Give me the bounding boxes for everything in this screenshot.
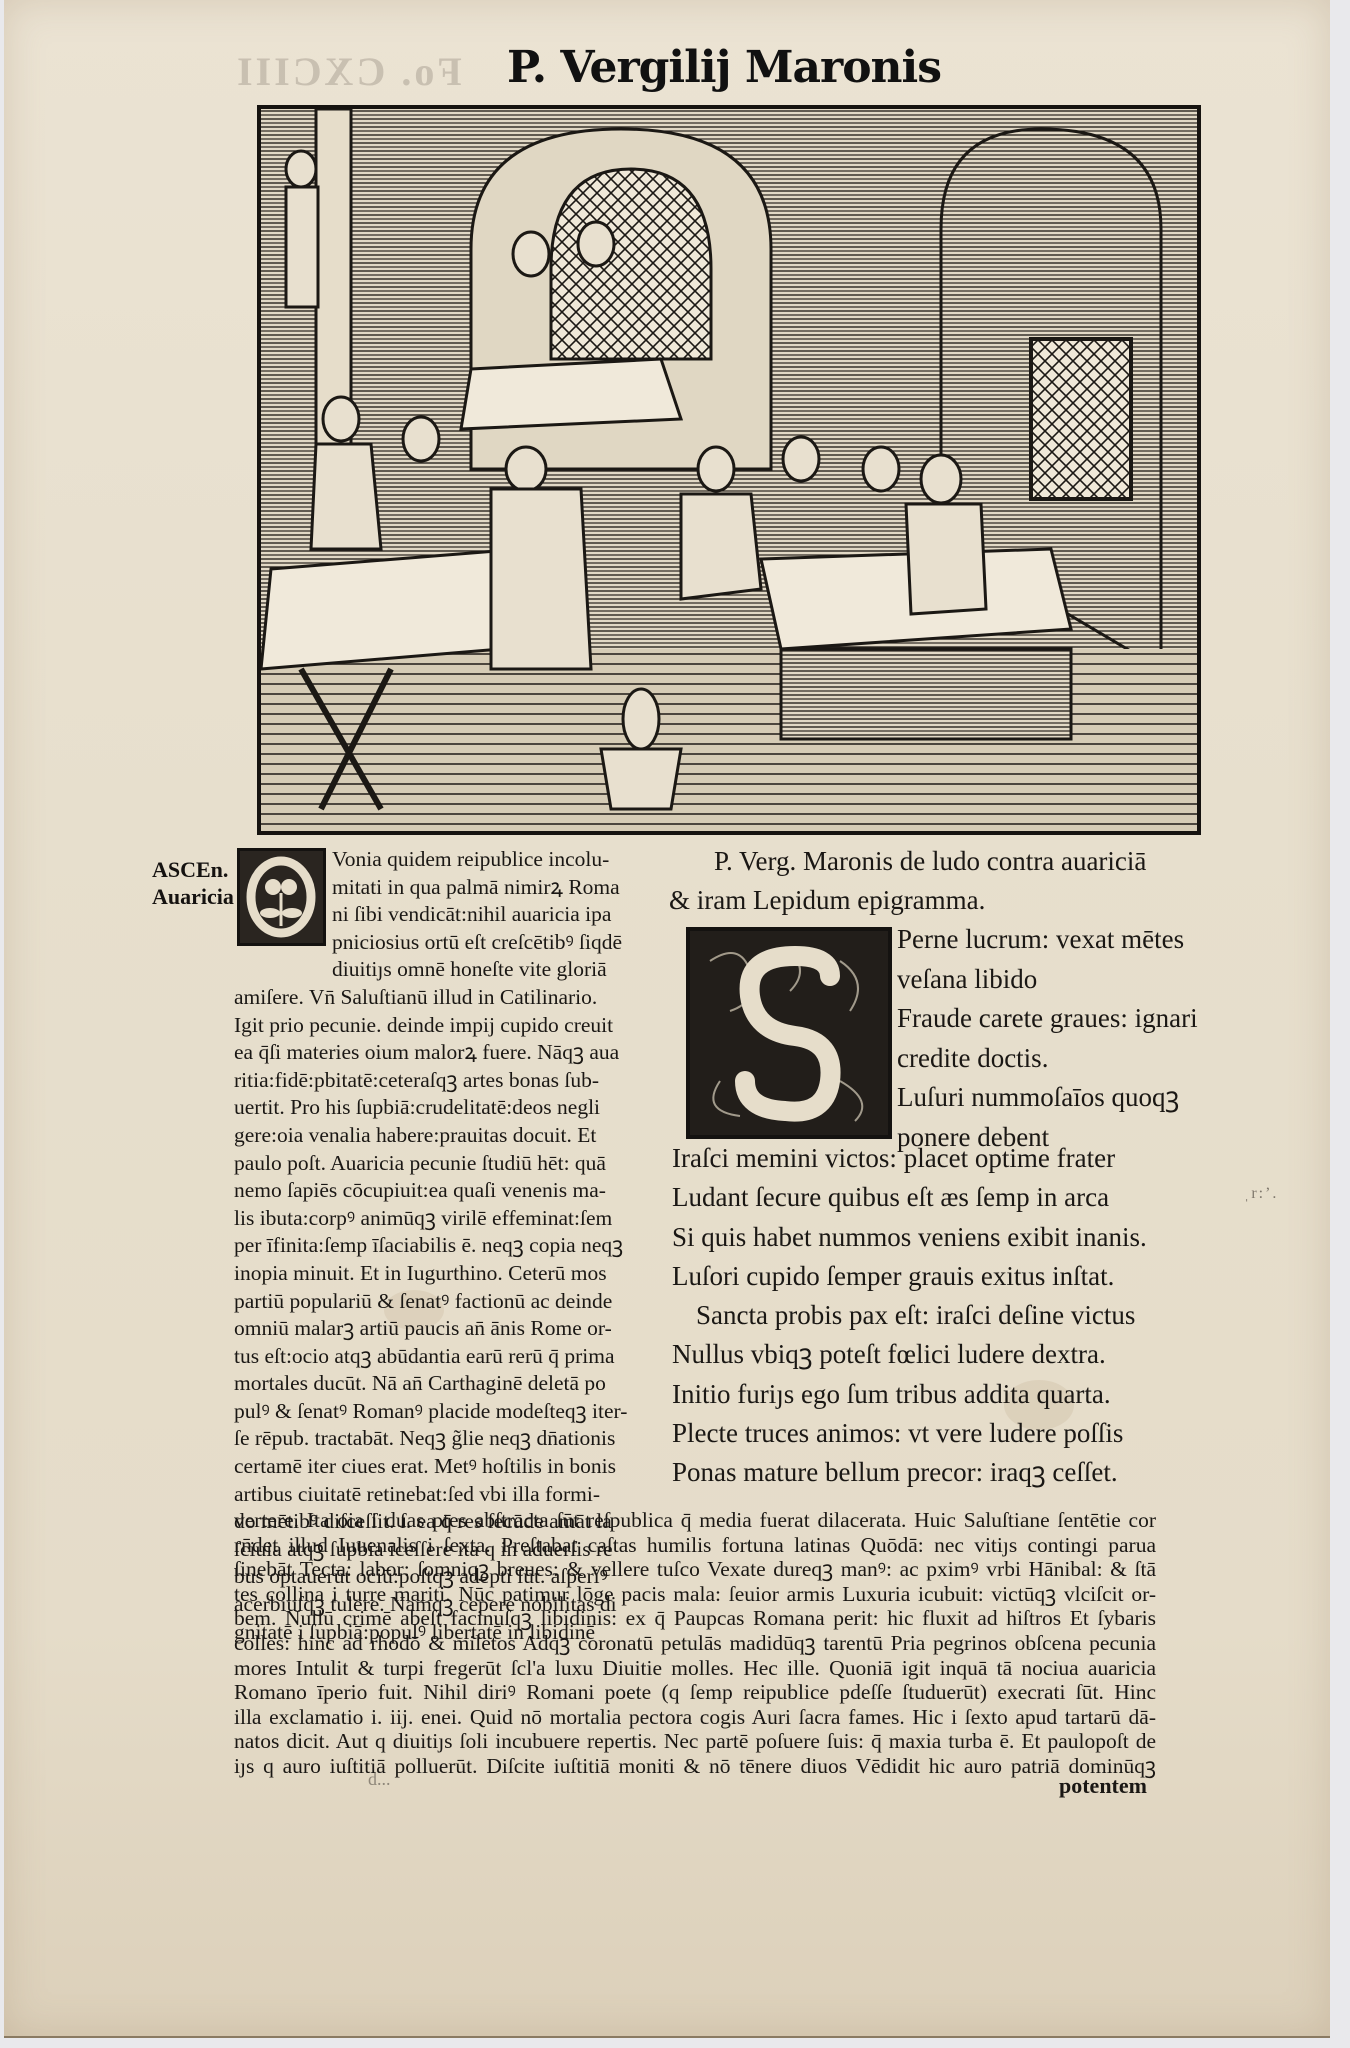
text-line: mitati in qua palmā nimirꝝ Roma — [234, 874, 670, 902]
text-line: per īfinita:ſemp īſaciabilis ē. neqꝫ cop… — [234, 1232, 670, 1260]
text-line: ſe rēpub. tractabāt. Neqꝫ g̃lie neqꝫ dn̄… — [234, 1425, 670, 1453]
poem-heading: P. Verg. Maronis de ludo contra auariciā… — [669, 842, 1229, 920]
text-line: inopia minuit. Et in Iugurthino. Ceterū … — [234, 1260, 670, 1288]
text-line: tes collina i turre mariti. Nūc patimur … — [234, 1582, 1156, 1607]
woodcut-illustration — [257, 105, 1201, 835]
text-line: diuitiȷs omnē honeſte vite gloriā — [234, 956, 670, 984]
poem-title-line: & iram Lepidum epigramma. — [669, 881, 1229, 920]
text-line: pniciosius ortū eſt creſcētibꝰ ſiqdē — [234, 929, 670, 957]
verse-line: Luſori cupido ſemper grauis exitus inſta… — [672, 1257, 1147, 1296]
verse-line: Luſuri nummoſaīos quoqꝫ — [897, 1078, 1198, 1118]
verse-line: Fraude carete graues: ignari — [897, 999, 1198, 1039]
text-line: certamē iter ciues erat. Metꝰ hoſtilis i… — [234, 1453, 670, 1481]
text-line: bem. Nullū crimē abeſt facinuſqꝫ libidin… — [234, 1606, 1156, 1631]
text-line: ſinebāt Tecta: labor: ſomniqꝫ breues: & … — [234, 1557, 1156, 1582]
text-line: partiū populariū & ſenatꝰ factionū ac de… — [234, 1288, 670, 1316]
text-line: artibus ciuitatē retinebat:ſed vbi illa … — [234, 1481, 670, 1509]
verse-line: credite doctis. — [897, 1039, 1198, 1079]
text-line: vertere. Ita oia i duas ptes abſtracta ſ… — [234, 1508, 1156, 1533]
text-line: tus eſt:ocio atqꝫ abūdantia earū rerū q̄… — [234, 1343, 670, 1371]
verse-line: Initio furiȷs ego ſum tribus addita quar… — [672, 1375, 1147, 1414]
text-line: ea q̄ſi materies oium malorꝝ fuere. Nāqꝫ… — [234, 1039, 670, 1067]
verse-line: Ludant ſecure quibus eſt æs ſemp in arca — [672, 1178, 1147, 1217]
foliate-initial-icon — [690, 931, 888, 1135]
text-line: omniū malarꝫ artiū paucis an̄ ānis Rome … — [234, 1315, 670, 1343]
sidenote-author: ASCEn. — [152, 856, 234, 883]
text-line: paulo poſt. Auaricia pecunie ſtudiū hēt:… — [234, 1150, 670, 1178]
text-line: nemo ſapiēs cōcupiuit:ea quaſi venenis m… — [234, 1177, 670, 1205]
signature-mark: d... — [368, 1769, 391, 1790]
text-line: illa exclamatio i. iij. enei. Quid nō mo… — [234, 1705, 1156, 1730]
running-head: P. Vergilij Maronis — [494, 42, 954, 93]
catchword: potentem — [1059, 1773, 1147, 1799]
text-line: mores Intulit & turpi fregerūt ſcl'a lux… — [234, 1656, 1156, 1681]
text-line: gere:oia venalia habere:prauitas docuit.… — [234, 1122, 670, 1150]
poem-title-line: P. Verg. Maronis de ludo contra auariciā — [669, 842, 1229, 881]
verse-line: veſana libido — [897, 960, 1198, 1000]
sidenote-topic: Auaricia — [152, 883, 234, 910]
text-line: Romano īperio fuit. Nihil diriꝰ Romani p… — [234, 1680, 1156, 1705]
verse-line: Nullus vbiqꝫ poteſt fœlici ludere dextra… — [672, 1335, 1147, 1374]
text-line: uertit. Pro his ſupbiā:crudelitatē:deos … — [234, 1094, 670, 1122]
poem-lines-below: Iraſci memini victos: placet optime frat… — [672, 1139, 1147, 1493]
text-line: amiſere. Vn̄ Saluſtianū illud in Catilin… — [234, 984, 670, 1012]
show-through-mark: ˌr:ʼ. — [1244, 1185, 1278, 1203]
text-line: Igit prio pecunie. deinde impij cupido c… — [234, 1012, 670, 1040]
text-line: rn̄det illud Iuuenalis i ſexta. Preſtaba… — [234, 1533, 1156, 1558]
text-line: mortales ducūt. Nā an̄ Carthaginē deletā… — [234, 1370, 670, 1398]
verse-line: Plecte truces animos: vt vere ludere poſ… — [672, 1414, 1147, 1453]
text-line: ni ſibi vendicāt:nihil auaricia ipa — [234, 901, 670, 929]
decorated-initial-s — [686, 927, 892, 1139]
show-through-folio: Fo. CXCIII — [234, 48, 462, 95]
verse-line: Perne lucrum: vexat mētes — [897, 920, 1198, 960]
gamblers-woodcut-icon — [261, 109, 1197, 831]
text-line: natos dicit. Aut q diuitiȷs ſoli incubue… — [234, 1729, 1156, 1754]
verse-line: Ponas mature bellum precor: iraqꝫ ceſſet… — [672, 1453, 1147, 1492]
text-line: ritia:fidē:pbitatē:ceteraſqꝫ artes bonas… — [234, 1067, 670, 1095]
text-line: pulꝰ & ſenatꝰ Romanꝰ placide modeſteqꝫ i… — [234, 1398, 670, 1426]
verse-line: Sancta probis pax eſt: iraſci deſine vic… — [672, 1296, 1147, 1335]
margin-sidenote: ASCEn. Auaricia — [152, 856, 234, 910]
book-page: Fo. CXCIII P. Vergilij Maronis — [4, 0, 1330, 2038]
text-line: colles: hinc ad rhodō & miletos Adqꝫ cor… — [234, 1631, 1156, 1656]
text-line: lis ibuta:corpꝰ animūqꝫ virilē effeminat… — [234, 1205, 670, 1233]
text-line: Vonia quidem reipublice incolu- — [234, 846, 670, 874]
poem-lines-beside-initial: Perne lucrum: vexat mētes veſana libido … — [897, 920, 1198, 1157]
commentary-bottom: vertere. Ita oia i duas ptes abſtracta ſ… — [234, 1508, 1156, 1779]
verse-line: Iraſci memini victos: placet optime frat… — [672, 1139, 1147, 1178]
verse-line: Si quis habet nummos veniens exibit inan… — [672, 1218, 1147, 1257]
